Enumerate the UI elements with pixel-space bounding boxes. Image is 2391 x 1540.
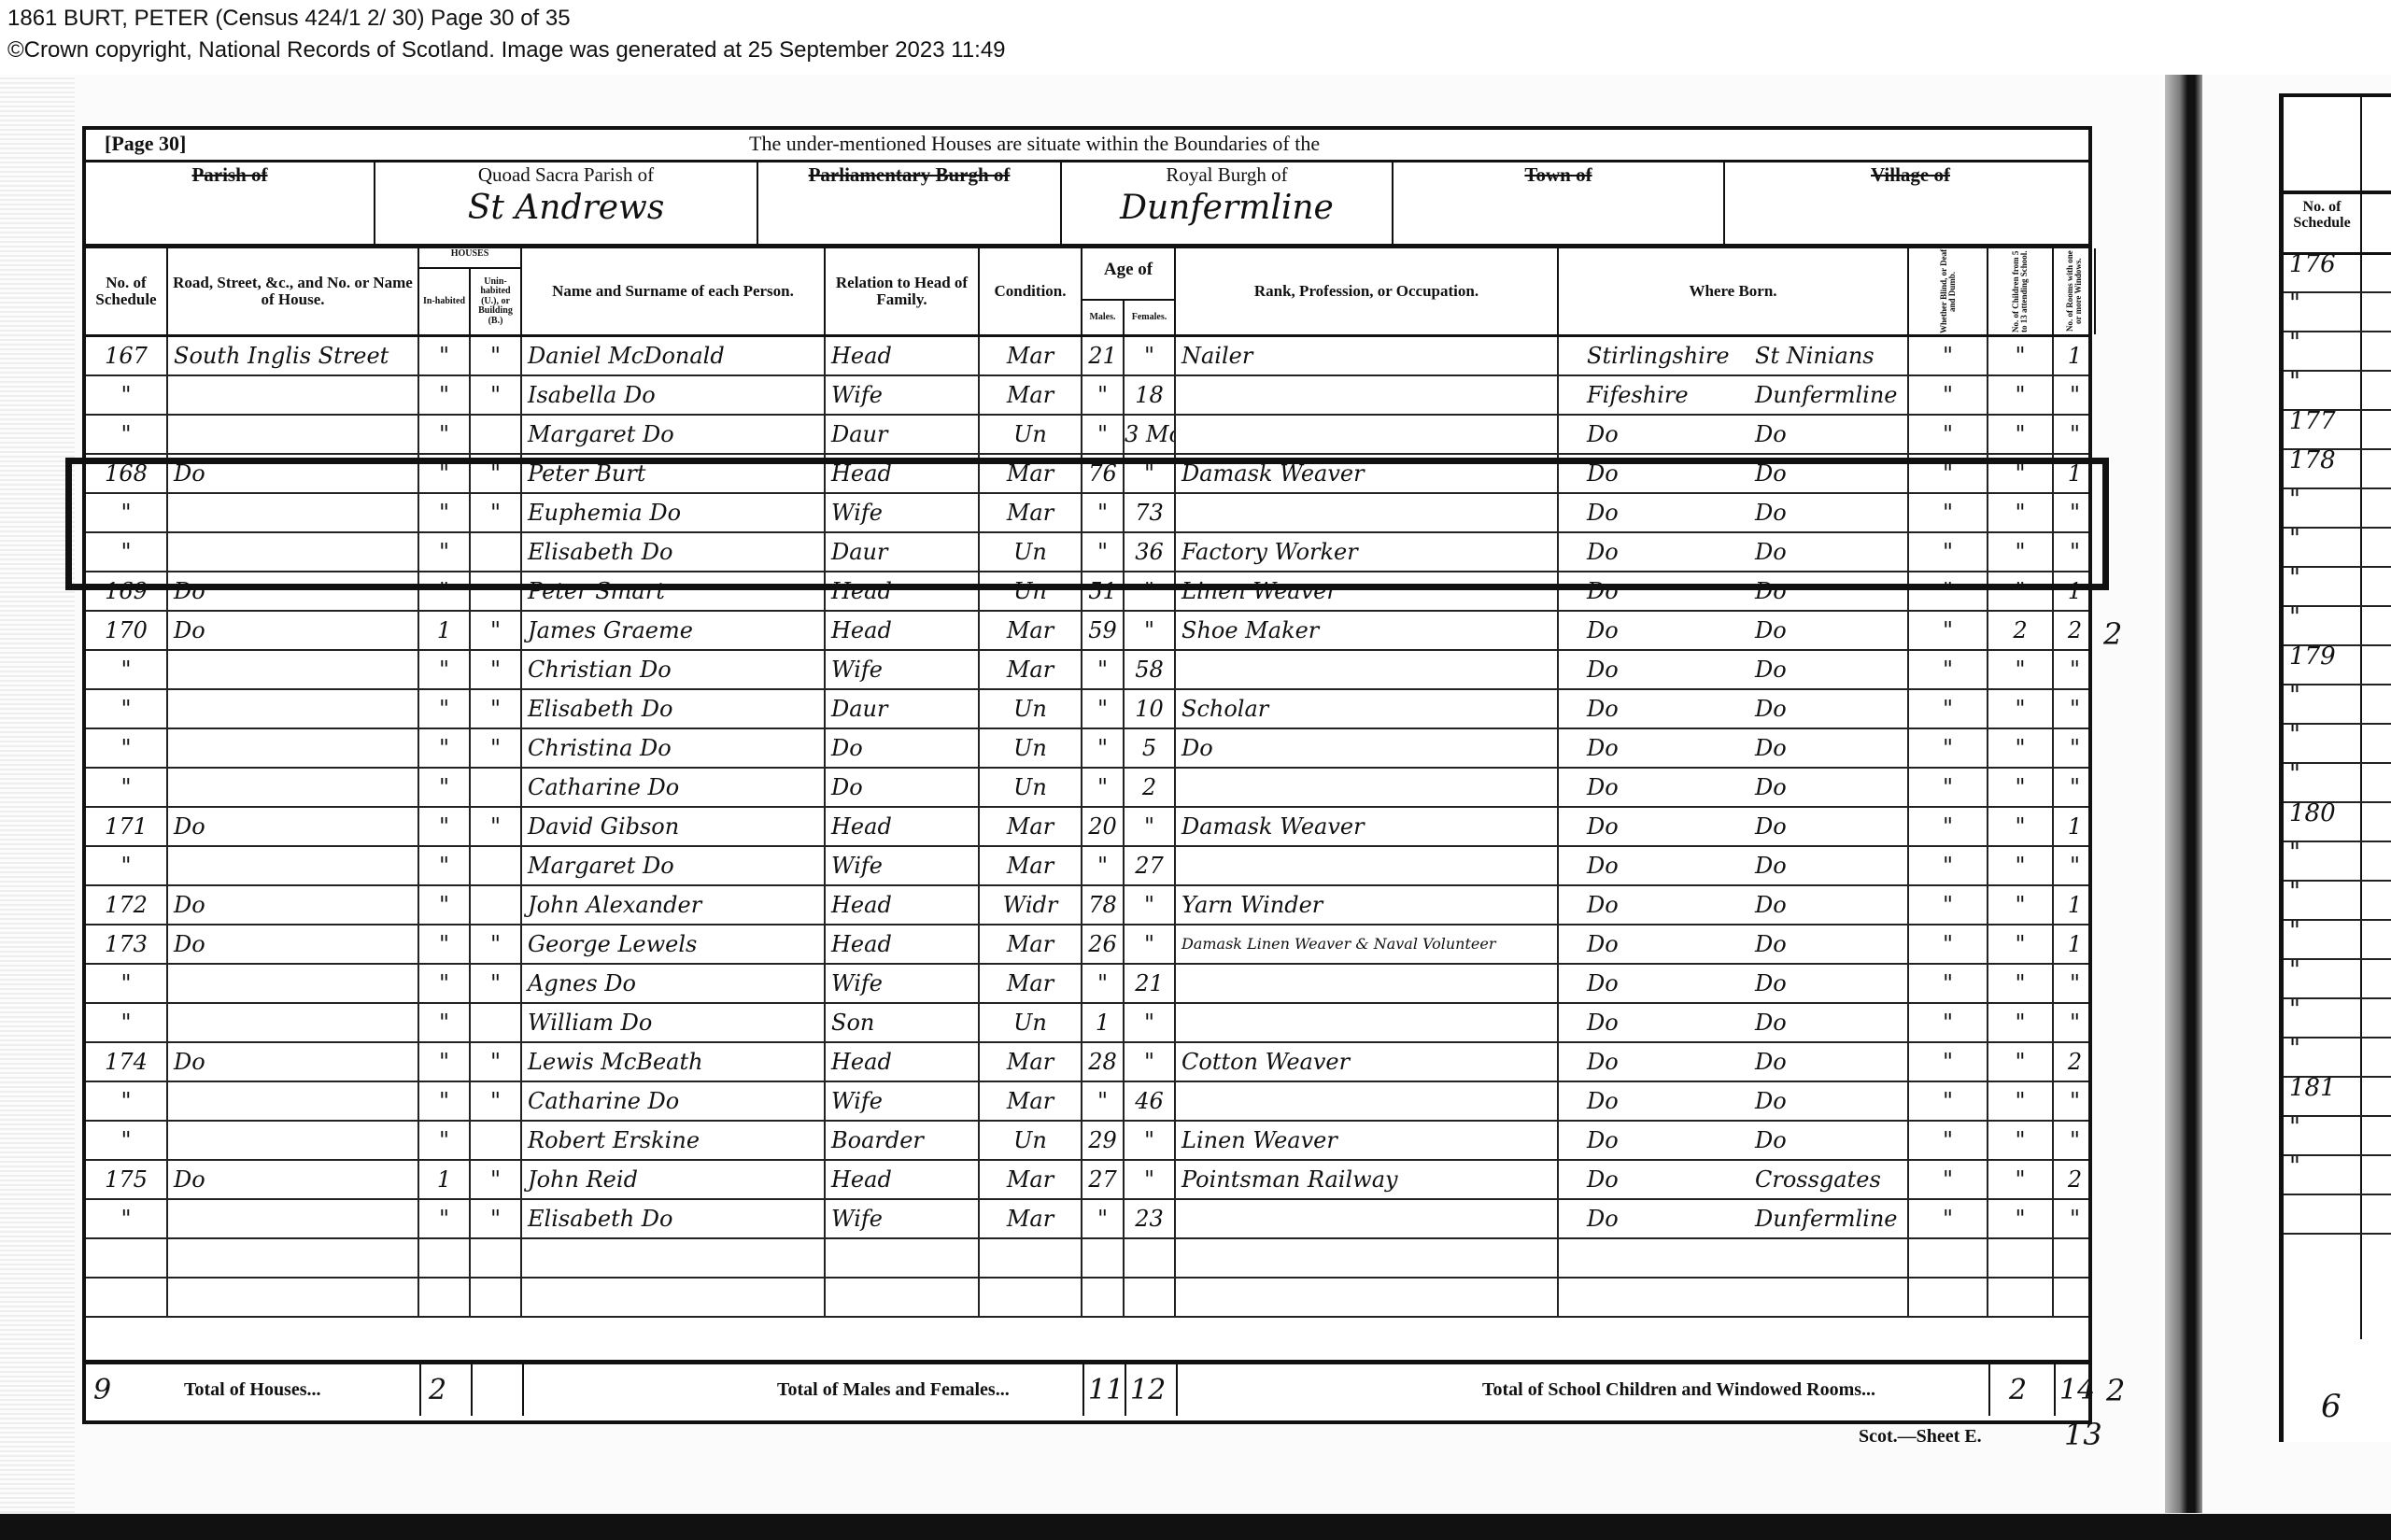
- cell-male: 28: [1082, 1043, 1125, 1081]
- cell-condition: Mar: [980, 494, 1082, 531]
- total-persons-label: Total of Males and Females...: [777, 1364, 1010, 1416]
- born-county: Do: [1587, 925, 1619, 963]
- cell-school: ": [1988, 729, 2054, 767]
- cell-female: 3 Mo: [1125, 416, 1176, 453]
- total-females-value: 12: [1130, 1364, 1166, 1416]
- cell-rooms: ": [2054, 533, 2096, 571]
- cell-where-born: FifeshireDunfermline: [1559, 376, 1909, 414]
- next-page-row: ": [2284, 921, 2391, 960]
- next-page-row: ": [2284, 1117, 2391, 1156]
- cell-occupation: [1176, 769, 1559, 806]
- cell-female: 58: [1125, 651, 1176, 688]
- table-row: 169Do"Peter SmartHeadUn51"Linen WeaverDo…: [86, 572, 2088, 612]
- next-page-row: ": [2284, 332, 2391, 372]
- cell-uninh: ": [471, 1082, 522, 1120]
- boundaries-row: Parish ofQuoad Sacra Parish ofSt Andrews…: [86, 160, 2088, 248]
- cell-where-born: DoDo: [1559, 533, 1909, 571]
- header-street-label: Road, Street, &c., and No. or Name of Ho…: [171, 275, 415, 308]
- cell-school: ": [1988, 533, 2054, 571]
- cell-street: Do: [168, 886, 419, 924]
- header-relation: Relation to Head of Family.: [826, 248, 980, 334]
- cell-occupation: [1176, 376, 1559, 414]
- cell-condition: Un: [980, 572, 1082, 610]
- table-row: ""Robert ErskineBoarderUn29"Linen Weaver…: [86, 1122, 2088, 1161]
- cell-relation: Do: [826, 769, 980, 806]
- cell-occupation: [1176, 1200, 1559, 1237]
- cell-male: 29: [1082, 1122, 1125, 1159]
- cell-condition: Un: [980, 1122, 1082, 1159]
- born-parish: Do: [1755, 455, 1787, 492]
- cell-rooms: ": [2054, 1004, 2096, 1041]
- cell-uninh: ": [471, 376, 522, 414]
- born-county: Do: [1587, 572, 1619, 610]
- cell-occupation: [1176, 965, 1559, 1002]
- next-page-schedule-number: 176: [2289, 250, 2336, 278]
- born-county: Do: [1587, 729, 1619, 767]
- cell-schedule: ": [86, 376, 168, 414]
- cell-where-born: DoDo: [1559, 769, 1909, 806]
- next-page-schedules-total: 6: [2321, 1388, 2341, 1425]
- cell-school: ": [1988, 1043, 2054, 1081]
- cell-female: ": [1125, 808, 1176, 845]
- next-page-schedule-number: ": [2289, 486, 2300, 514]
- next-page-schedule-number: ": [2289, 917, 2300, 945]
- cell-uninh: [471, 1004, 522, 1041]
- table-row: ""Elisabeth DoDaurUn"36Factory WorkerDoD…: [86, 533, 2088, 572]
- cell-where-born: DoDo: [1559, 572, 1909, 610]
- cell-relation: Daur: [826, 533, 980, 571]
- born-county: Do: [1587, 533, 1619, 571]
- cell-schedule: [86, 1239, 168, 1277]
- cell-school: ": [1988, 1161, 2054, 1198]
- born-parish: St Ninians: [1755, 337, 1875, 374]
- next-page-schedule-number: ": [2289, 956, 2300, 984]
- total-females-box: 12: [1125, 1364, 1176, 1416]
- cell-rooms: ": [2054, 1200, 2096, 1237]
- cell-name: John Reid: [522, 1161, 826, 1198]
- cell-school: ": [1988, 808, 2054, 845]
- cell-name: Agnes Do: [522, 965, 826, 1002]
- boundary-label: Royal Burgh of: [1062, 163, 1392, 187]
- table-row: 174Do""Lewis McBeathHeadMar28"Cotton Wea…: [86, 1043, 2088, 1082]
- cell-blind: [1909, 1279, 1988, 1316]
- cell-relation: [826, 1279, 980, 1316]
- cell-where-born: DoDo: [1559, 808, 1909, 845]
- cell-street: Do: [168, 572, 419, 610]
- born-parish: Do: [1755, 925, 1787, 963]
- cell-male: ": [1082, 769, 1125, 806]
- cell-relation: Head: [826, 886, 980, 924]
- cell-female: 5: [1125, 729, 1176, 767]
- cell-where-born: DoDo: [1559, 1043, 1909, 1081]
- header-name: Name and Surname of each Person.: [522, 248, 826, 334]
- cell-inh: ": [419, 1200, 471, 1237]
- cell-name: Elisabeth Do: [522, 690, 826, 728]
- cell-male: 51: [1082, 572, 1125, 610]
- cell-name: Elisabeth Do: [522, 1200, 826, 1237]
- cell-blind: ": [1909, 729, 1988, 767]
- cell-name: Christian Do: [522, 651, 826, 688]
- next-page-row: [2284, 1195, 2391, 1235]
- next-page-schedule-number: ": [2289, 525, 2300, 553]
- cell-occupation: Nailer: [1176, 337, 1559, 374]
- born-county: Fifeshire: [1587, 376, 1689, 414]
- cell-condition: Widr: [980, 886, 1082, 924]
- boundary-value: St Andrews: [375, 189, 757, 227]
- cell-condition: Mar: [980, 376, 1082, 414]
- next-page-row: 179: [2284, 646, 2391, 685]
- cell-name: William Do: [522, 1004, 826, 1041]
- table-row: ""William DoSonUn1"DoDo""": [86, 1004, 2088, 1043]
- cell-occupation: [1176, 1279, 1559, 1316]
- cell-schedule: 171: [86, 808, 168, 845]
- cell-relation: Head: [826, 808, 980, 845]
- cell-female: 46: [1125, 1082, 1176, 1120]
- cell-street: Do: [168, 612, 419, 649]
- cell-where-born: DoDo: [1559, 1004, 1909, 1041]
- cell-name: Isabella Do: [522, 376, 826, 414]
- cell-condition: Mar: [980, 1082, 1082, 1120]
- cell-street: [168, 1239, 419, 1277]
- cell-rooms: 1: [2054, 572, 2096, 610]
- cell-rooms: ": [2054, 1122, 2096, 1159]
- cell-male: [1082, 1239, 1125, 1277]
- cell-street: [168, 1082, 419, 1120]
- header-condition: Condition.: [980, 248, 1082, 334]
- cell-male: ": [1082, 376, 1125, 414]
- boundary-label: Quoad Sacra Parish of: [375, 163, 757, 187]
- born-parish: Do: [1755, 886, 1787, 924]
- cell-blind: ": [1909, 690, 1988, 728]
- boundary-town: Town of: [1394, 160, 1725, 244]
- cell-where-born: DoCrossgates: [1559, 1161, 1909, 1198]
- next-page-row: ": [2284, 882, 2391, 921]
- cell-condition: Un: [980, 769, 1082, 806]
- cell-school: ": [1988, 1122, 2054, 1159]
- next-page-schedule-number: ": [2289, 603, 2300, 631]
- sheet-number: 13: [2064, 1417, 2102, 1452]
- cell-uninh: [471, 572, 522, 610]
- cell-male: ": [1082, 965, 1125, 1002]
- scan-border: [0, 1514, 2391, 1540]
- cell-condition: [980, 1239, 1082, 1277]
- cell-street: [168, 847, 419, 884]
- column-headers: No. of ScheduleRoad, Street, &c., and No…: [86, 248, 2088, 337]
- cell-uninh: ": [471, 494, 522, 531]
- cell-school: ": [1988, 1200, 2054, 1237]
- cell-school: ": [1988, 376, 2054, 414]
- cell-schedule: ": [86, 1082, 168, 1120]
- born-parish: Do: [1755, 612, 1787, 649]
- next-page-schedule-number: 181: [2289, 1074, 2336, 1102]
- form-title: The under-mentioned Houses are situate w…: [749, 132, 1320, 156]
- totals-row: 9 Total of Houses... 2 Total of Males an…: [86, 1360, 2088, 1420]
- cell-where-born: DoDo: [1559, 651, 1909, 688]
- boundary-label: Parish of: [86, 163, 374, 187]
- header-schedule: No. of Schedule: [86, 248, 168, 334]
- cell-relation: Wife: [826, 376, 980, 414]
- header-houses-group: HOUSES: [419, 248, 522, 269]
- cell-male: 1: [1082, 1004, 1125, 1041]
- cell-relation: Head: [826, 612, 980, 649]
- cell-uninh: [471, 769, 522, 806]
- cell-occupation: Damask Weaver: [1176, 455, 1559, 492]
- cell-condition: Mar: [980, 337, 1082, 374]
- cell-inh: ": [419, 847, 471, 884]
- next-page-schedule-number: ": [2289, 290, 2300, 318]
- header-where-born: Where Born.: [1559, 248, 1909, 334]
- cell-street: Do: [168, 925, 419, 963]
- total-males-box: 11: [1082, 1364, 1125, 1416]
- cell-uninh: [471, 1122, 522, 1159]
- header-blind-deaf-label: Whether Blind, or Deaf and Dumb.: [1940, 248, 1957, 334]
- cell-rooms: ": [2054, 690, 2096, 728]
- born-parish: Do: [1755, 769, 1787, 806]
- cell-street: [168, 1279, 419, 1316]
- cell-blind: ": [1909, 651, 1988, 688]
- next-page-row: ": [2284, 999, 2391, 1038]
- cell-name: [522, 1239, 826, 1277]
- total-houses-box: 2: [419, 1364, 471, 1416]
- cell-male: 78: [1082, 886, 1125, 924]
- cell-street: [168, 690, 419, 728]
- cell-inh: ": [419, 690, 471, 728]
- cell-rooms: ": [2054, 494, 2096, 531]
- cell-occupation: [1176, 1239, 1559, 1277]
- cell-schedule: ": [86, 1122, 168, 1159]
- table-row: 173Do""George LewelsHeadMar26"Damask Lin…: [86, 925, 2088, 965]
- cell-street: [168, 416, 419, 453]
- cell-condition: Mar: [980, 1161, 1082, 1198]
- cell-relation: Head: [826, 572, 980, 610]
- cell-female: ": [1125, 572, 1176, 610]
- cell-inh: [419, 1239, 471, 1277]
- header-windowed-rooms-label: No. of Rooms with one or more Windows.: [2066, 248, 2083, 334]
- cell-relation: Head: [826, 1161, 980, 1198]
- header-inhabited: In-habited: [419, 269, 471, 334]
- cell-where-born: DoDo: [1559, 886, 1909, 924]
- cell-school: [1988, 1239, 2054, 1277]
- cell-inh: ": [419, 1122, 471, 1159]
- form-title-row: [Page 30] The under-mentioned Houses are…: [86, 130, 2088, 162]
- cell-blind: ": [1909, 808, 1988, 845]
- cell-street: South Inglis Street: [168, 337, 419, 374]
- next-page-schedule-number: ": [2289, 564, 2300, 592]
- cell-female: ": [1125, 1161, 1176, 1198]
- born-county: Do: [1587, 769, 1619, 806]
- header-school-children-label: No. of Children from 5 to 13 attending S…: [2012, 248, 2029, 334]
- cell-blind: ": [1909, 1200, 1988, 1237]
- born-parish: Do: [1755, 533, 1787, 571]
- born-parish: Do: [1755, 494, 1787, 531]
- cell-blind: ": [1909, 337, 1988, 374]
- cell-name: [522, 1279, 826, 1316]
- scan-noise-margin: [0, 75, 75, 1513]
- cell-street: Do: [168, 455, 419, 492]
- cell-male: 76: [1082, 455, 1125, 492]
- cell-where-born: DoDo: [1559, 729, 1909, 767]
- cell-male: ": [1082, 729, 1125, 767]
- cell-inh: ": [419, 376, 471, 414]
- census-form-page: [Page 30] The under-mentioned Houses are…: [82, 126, 2092, 1424]
- cell-inh: ": [419, 651, 471, 688]
- cell-inh: ": [419, 494, 471, 531]
- header-uninhabited-label: Unin-habited (U.), or Building (B.): [474, 277, 517, 327]
- total-rooms-value: 14: [2059, 1364, 2095, 1416]
- cell-male: ": [1082, 651, 1125, 688]
- cell-schedule: 173: [86, 925, 168, 963]
- header-females: Females.: [1125, 301, 1176, 334]
- header-inhabited-label: In-habited: [423, 297, 465, 307]
- next-page-schedule-number: ": [2289, 878, 2300, 906]
- header-females-label: Females.: [1132, 313, 1167, 323]
- totals-divider: [522, 1364, 524, 1416]
- cell-female: 10: [1125, 690, 1176, 728]
- cell-where-born: StirlingshireSt Ninians: [1559, 337, 1909, 374]
- total-males-value: 11: [1088, 1364, 1124, 1416]
- cell-schedule: 175: [86, 1161, 168, 1198]
- cell-condition: Mar: [980, 965, 1082, 1002]
- cell-female: [1125, 1279, 1176, 1316]
- cell-uninh: ": [471, 729, 522, 767]
- cell-male: 59: [1082, 612, 1125, 649]
- table-row: [86, 1279, 2088, 1318]
- next-page-row: ": [2284, 725, 2391, 764]
- born-county: Do: [1587, 690, 1619, 728]
- born-county: Do: [1587, 494, 1619, 531]
- cell-where-born: DoDo: [1559, 455, 1909, 492]
- cell-uninh: [471, 847, 522, 884]
- next-page-column-header: No. of Schedule: [2284, 191, 2391, 255]
- next-page-row: ": [2284, 1156, 2391, 1195]
- header-males: Males.: [1082, 301, 1125, 334]
- cell-name: Peter Burt: [522, 455, 826, 492]
- cell-blind: ": [1909, 612, 1988, 649]
- cell-male: ": [1082, 690, 1125, 728]
- cell-inh: ": [419, 1082, 471, 1120]
- born-county: Do: [1587, 1082, 1619, 1120]
- next-page-schedule-number: 178: [2289, 446, 2336, 474]
- cell-relation: Wife: [826, 494, 980, 531]
- cell-school: ": [1988, 494, 2054, 531]
- total-school-rooms-label: Total of School Children and Windowed Ro…: [1482, 1364, 1875, 1416]
- cell-schedule: ": [86, 1004, 168, 1041]
- cell-schedule: ": [86, 769, 168, 806]
- cell-blind: ": [1909, 376, 1988, 414]
- cell-relation: Do: [826, 729, 980, 767]
- cell-inh: ": [419, 1004, 471, 1041]
- cell-school: ": [1988, 965, 2054, 1002]
- next-page-row: ": [2284, 372, 2391, 411]
- next-page-row: ": [2284, 764, 2391, 803]
- cell-uninh: ": [471, 1043, 522, 1081]
- cell-school: ": [1988, 1082, 2054, 1120]
- cell-school: ": [1988, 416, 2054, 453]
- cell-blind: ": [1909, 572, 1988, 610]
- cell-male: ": [1082, 416, 1125, 453]
- header-street: Road, Street, &c., and No. or Name of Ho…: [168, 248, 419, 334]
- header-uninhabited: Unin-habited (U.), or Building (B.): [471, 269, 522, 334]
- cell-female: ": [1125, 886, 1176, 924]
- cell-rooms: ": [2054, 376, 2096, 414]
- cell-street: [168, 769, 419, 806]
- next-page-row: 181: [2284, 1078, 2391, 1117]
- cell-schedule: 174: [86, 1043, 168, 1081]
- cell-relation: Son: [826, 1004, 980, 1041]
- cell-occupation: [1176, 416, 1559, 453]
- cell-occupation: Damask Weaver: [1176, 808, 1559, 845]
- cell-street: Do: [168, 1161, 419, 1198]
- cell-uninh: ": [471, 612, 522, 649]
- born-parish: Do: [1755, 965, 1787, 1002]
- cell-name: James Graeme: [522, 612, 826, 649]
- born-county: Stirlingshire: [1587, 337, 1730, 374]
- cell-schedule: ": [86, 690, 168, 728]
- boundary-royal-burgh: Royal Burgh ofDunfermline: [1062, 160, 1394, 244]
- cell-condition: Un: [980, 729, 1082, 767]
- cell-blind: ": [1909, 455, 1988, 492]
- born-county: Do: [1587, 651, 1619, 688]
- cell-schedule: 172: [86, 886, 168, 924]
- next-page-row: ": [2284, 1038, 2391, 1078]
- cell-uninh: ": [471, 1200, 522, 1237]
- cell-relation: Head: [826, 925, 980, 963]
- born-county: Do: [1587, 965, 1619, 1002]
- table-row: """Isabella DoWifeMar"18FifeshireDunferm…: [86, 376, 2088, 416]
- cell-female: ": [1125, 1004, 1176, 1041]
- cell-occupation: [1176, 651, 1559, 688]
- cell-name: Peter Smart: [522, 572, 826, 610]
- table-row: """Elisabeth DoDaurUn"10ScholarDoDo""": [86, 690, 2088, 729]
- table-row: 170Do1"James GraemeHeadMar59"Shoe MakerD…: [86, 612, 2088, 651]
- cell-street: [168, 1200, 419, 1237]
- cell-street: [168, 965, 419, 1002]
- table-row: 172Do"John AlexanderHeadWidr78"Yarn Wind…: [86, 886, 2088, 925]
- cell-rooms: 2: [2054, 1161, 2096, 1198]
- born-parish: Do: [1755, 416, 1787, 453]
- cell-where-born: DoDo: [1559, 612, 1909, 649]
- cell-uninh: [471, 533, 522, 571]
- cell-name: Margaret Do: [522, 416, 826, 453]
- cell-inh: ": [419, 337, 471, 374]
- cell-street: [168, 1004, 419, 1041]
- cell-name: Elisabeth Do: [522, 533, 826, 571]
- cell-inh: ": [419, 808, 471, 845]
- cell-female: 73: [1125, 494, 1176, 531]
- table-row: 175Do1"John ReidHeadMar27"Pointsman Rail…: [86, 1161, 2088, 1200]
- cell-name: John Alexander: [522, 886, 826, 924]
- boundary-parliamentary-burgh: Parliamentary Burgh of: [758, 160, 1062, 244]
- copyright-notice: ©Crown copyright, National Records of Sc…: [7, 37, 1006, 64]
- cell-school: ": [1988, 337, 2054, 374]
- cell-relation: Head: [826, 337, 980, 374]
- cell-where-born: [1559, 1239, 1909, 1277]
- cell-blind: ": [1909, 769, 1988, 806]
- born-parish: Dunfermline: [1755, 376, 1897, 414]
- cell-school: 2: [1988, 612, 2054, 649]
- next-page-row: ": [2284, 685, 2391, 725]
- born-parish: Do: [1755, 729, 1787, 767]
- cell-rooms: 1: [2054, 455, 2096, 492]
- cell-inh: 1: [419, 1161, 471, 1198]
- cell-blind: ": [1909, 965, 1988, 1002]
- table-row: """Agnes DoWifeMar"21DoDo""": [86, 965, 2088, 1004]
- cell-name: Lewis McBeath: [522, 1043, 826, 1081]
- next-page-row: 176: [2284, 254, 2391, 293]
- born-parish: Do: [1755, 847, 1787, 884]
- born-county: Do: [1587, 1043, 1619, 1081]
- cell-female: 23: [1125, 1200, 1176, 1237]
